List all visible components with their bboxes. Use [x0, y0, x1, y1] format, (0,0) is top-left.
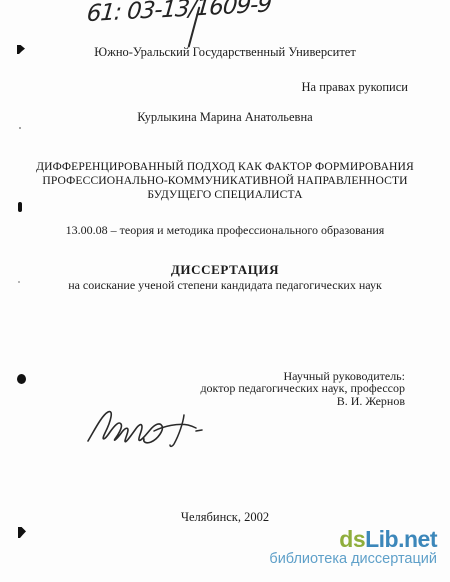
dslib-logo[interactable]: dsLib.net — [269, 528, 437, 551]
scan-artifact — [19, 127, 21, 129]
dslib-watermark[interactable]: dsLib.net библиотека диссертаций — [269, 528, 437, 567]
scan-artifact — [18, 202, 22, 212]
scan-artifact — [17, 374, 26, 384]
work-type-heading: ДИССЕРТАЦИЯ — [0, 262, 450, 278]
title-line-3: БУДУЩЕГО СПЕЦИАЛИСТА — [0, 188, 450, 202]
supervisor-credentials: доктор педагогических наук, профессор — [200, 382, 405, 394]
university-name: Южно-Уральский Государственный Университ… — [0, 45, 450, 60]
dissertation-title-page: 61: 03-13/1609-9 Южно-Уральский Государс… — [0, 0, 450, 582]
signature — [84, 401, 206, 449]
city-year-line: Челябинск, 2002 — [0, 510, 450, 525]
author-name: Курлыкина Марина Анатольевна — [0, 110, 450, 125]
manuscript-rights-note: На правах рукописи — [302, 80, 409, 95]
dslib-logo-libnet: Lib.net — [365, 526, 437, 552]
dslib-subtitle: библиотека диссертаций — [269, 551, 437, 567]
supervisor-block: Научный руководитель: доктор педагогичес… — [200, 370, 405, 407]
handwritten-accession-number: 61: 03-13/1609-9 — [86, 0, 272, 27]
scan-artifact — [18, 527, 26, 538]
degree-purpose-line: на соискание ученой степени кандидата пе… — [0, 278, 450, 293]
dissertation-title: ДИФФЕРЕНЦИРОВАННЫЙ ПОДХОД КАК ФАКТОР ФОР… — [0, 160, 450, 202]
dslib-logo-ds: ds — [339, 526, 365, 552]
title-line-2: ПРОФЕССИОНАЛЬНО-КОММУНИКАТИВНОЙ НАПРАВЛЕ… — [0, 174, 450, 188]
title-line-1: ДИФФЕРЕНЦИРОВАННЫЙ ПОДХОД КАК ФАКТОР ФОР… — [0, 160, 450, 174]
specialty-code-line: 13.00.08 – теория и методика профессиона… — [0, 223, 450, 238]
supervisor-name: В. И. Жернов — [200, 395, 405, 407]
